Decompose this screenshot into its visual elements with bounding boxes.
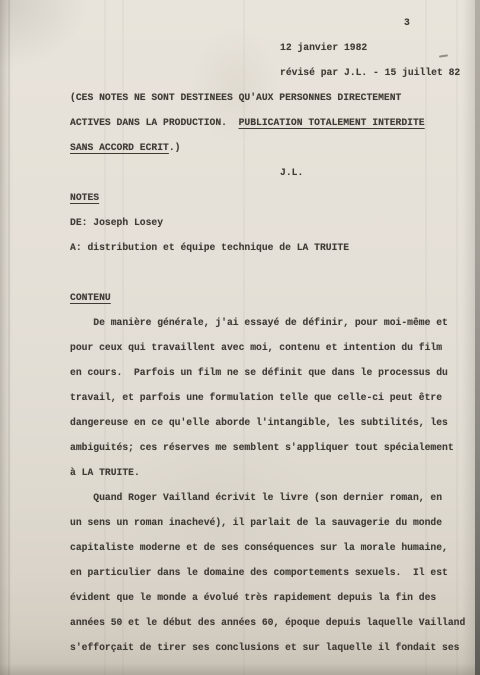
text-segment: révisé par J.L. - 15 juillet 82	[280, 67, 460, 78]
body-line: évident que le monde a évolué très rapid…	[0, 585, 480, 610]
spacer	[0, 260, 480, 285]
content-heading: CONTENU	[0, 285, 480, 310]
text-segment: J.L.	[280, 167, 303, 178]
paper-bottom-edge	[0, 663, 480, 675]
text-segment: Quand Roger Vailland écrivit le livre (s…	[70, 492, 442, 503]
text-segment: (CES NOTES NE SONT DESTINEES QU'AUX PERS…	[70, 92, 401, 103]
text-segment: CONTENU	[70, 292, 111, 303]
body-line: années 50 et le début des années 60, épo…	[0, 610, 480, 635]
body-line: travail, et parfois une formulation tell…	[0, 385, 480, 410]
body-line: en cours. Parfois un film ne se définit …	[0, 360, 480, 385]
text-segment: pour ceux qui travaillent avec moi, cont…	[70, 342, 442, 353]
body-line: à LA TRUITE.	[0, 460, 480, 485]
text-segment: s'efforçait de tirer ses conclusions et …	[70, 642, 460, 653]
text-segment: 3	[404, 17, 410, 28]
notice-line-2: ACTIVES DANS LA PRODUCTION. PUBLICATION …	[0, 110, 480, 135]
text-segment: A: distribution et équipe technique de L…	[70, 242, 349, 253]
document-page: 312 janvier 1982révisé par J.L. - 15 jui…	[0, 10, 480, 660]
notes-heading: NOTES	[0, 185, 480, 210]
revision-line: révisé par J.L. - 15 juillet 82	[0, 60, 480, 85]
text-segment: SANS ACCORD ECRIT	[70, 142, 169, 153]
body-line: un sens un roman inachevé), il parlait d…	[0, 510, 480, 535]
body-line: pour ceux qui travaillent avec moi, cont…	[0, 335, 480, 360]
text-segment: années 50 et le début des années 60, épo…	[70, 617, 465, 628]
body-line: Quand Roger Vailland écrivit le livre (s…	[0, 485, 480, 510]
text-segment: .)	[169, 142, 181, 153]
text-segment: évident que le monde a évolué très rapid…	[70, 592, 436, 603]
memo-to-line: A: distribution et équipe technique de L…	[0, 235, 480, 260]
text-segment: 12 janvier 1982	[280, 42, 367, 53]
memo-from-line: DE: Joseph Losey	[0, 210, 480, 235]
text-segment: ambiguités; ces réserves me semblent s'a…	[70, 442, 454, 453]
text-segment: PUBLICATION TOTALEMENT INTERDITE	[239, 117, 425, 128]
body-line: en particulier dans le domaine des compo…	[0, 560, 480, 585]
body-line: dangereuse en ce qu'elle aborde l'intang…	[0, 410, 480, 435]
text-segment: De manière générale, j'ai essayé de défi…	[70, 317, 448, 328]
text-segment: capitaliste moderne et de ses conséquenc…	[70, 542, 448, 553]
text-segment: en particulier dans le domaine des compo…	[70, 567, 448, 578]
body-line: capitaliste moderne et de ses conséquenc…	[0, 535, 480, 560]
body-line: De manière générale, j'ai essayé de défi…	[0, 310, 480, 335]
text-segment: ACTIVES DANS LA PRODUCTION.	[70, 117, 239, 128]
notice-line-1: (CES NOTES NE SONT DESTINEES QU'AUX PERS…	[0, 85, 480, 110]
text-segment: travail, et parfois une formulation tell…	[70, 392, 442, 403]
text-segment: DE: Joseph Losey	[70, 217, 163, 228]
text-segment: à LA TRUITE.	[70, 467, 140, 478]
document-photo: 312 janvier 1982révisé par J.L. - 15 jui…	[0, 0, 480, 675]
text-segment: NOTES	[70, 192, 99, 203]
text-segment: dangereuse en ce qu'elle aborde l'intang…	[70, 417, 448, 428]
text-segment: un sens un roman inachevé), il parlait d…	[70, 517, 442, 528]
body-line: s'efforçait de tirer ses conclusions et …	[0, 635, 480, 660]
date-line: 12 janvier 1982	[0, 35, 480, 60]
signature-initials: J.L.	[0, 160, 480, 185]
notice-line-3: SANS ACCORD ECRIT.)	[0, 135, 480, 160]
text-segment: en cours. Parfois un film ne se définit …	[70, 367, 448, 378]
page-number: 3	[0, 10, 480, 35]
body-line: ambiguités; ces réserves me semblent s'a…	[0, 435, 480, 460]
